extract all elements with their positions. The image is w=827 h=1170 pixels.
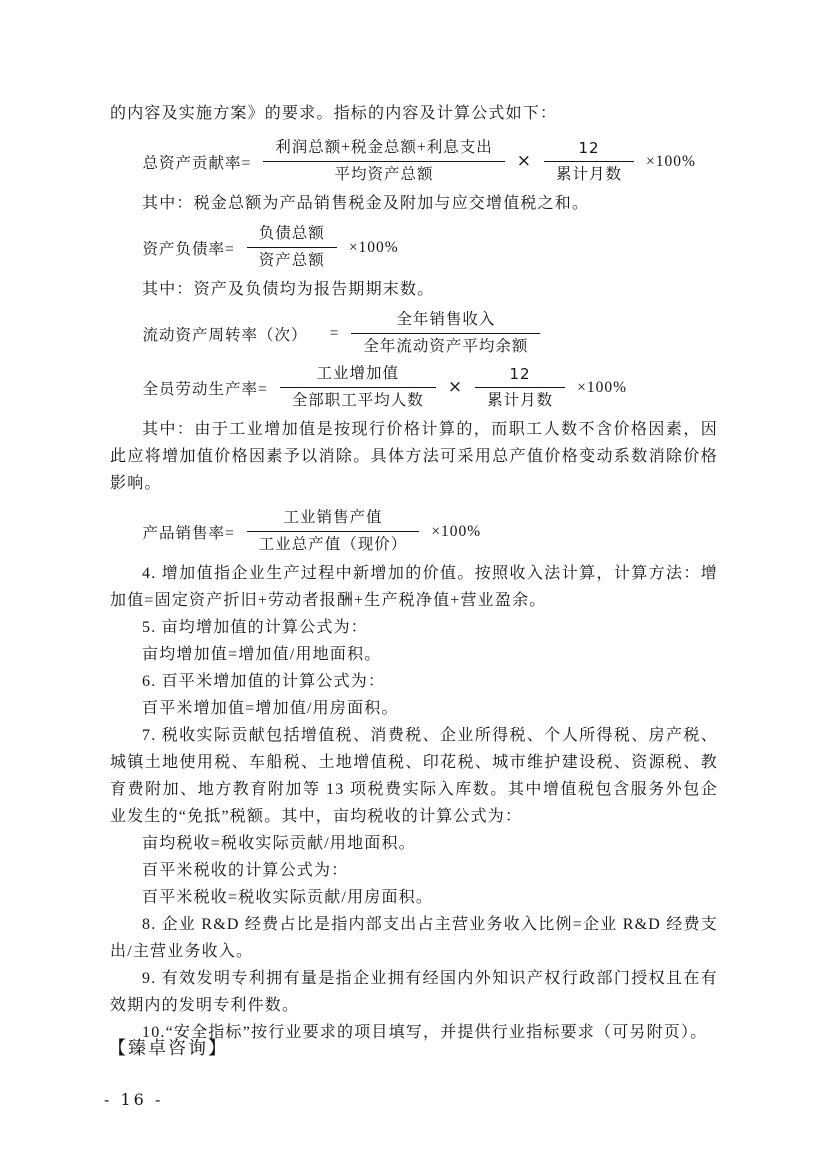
percent-suffix: ×100% bbox=[349, 239, 399, 257]
formula-total-asset-contribution: 总资产贡献率= 利润总额+税金总额+利息支出 平均资产总额 × 12 累计月数 … bbox=[143, 138, 718, 185]
fraction-denominator: 工业总产值（现价） bbox=[247, 535, 420, 555]
formula-label: 全员劳动生产率= bbox=[143, 377, 268, 399]
multiply-sign: × bbox=[448, 379, 463, 396]
fraction-denominator: 资产总额 bbox=[247, 251, 337, 271]
fraction-main: 工业增加值 全部职工平均人数 bbox=[280, 364, 436, 411]
fraction-denominator: 累计月数 bbox=[475, 391, 565, 411]
fraction-numerator: 12 bbox=[566, 138, 611, 158]
equals-sign: = bbox=[330, 325, 340, 343]
percent-suffix: ×100% bbox=[646, 153, 696, 171]
paragraph-item-4: 4. 增加值指企业生产过程中新增加的价值。按照收入法计算，计算方法：增加值=固定… bbox=[110, 560, 718, 614]
fraction-bar bbox=[475, 387, 565, 388]
footer-brand: 【臻卓咨询】 bbox=[108, 1034, 228, 1060]
fraction-numerator: 利润总额+税金总额+利息支出 bbox=[263, 138, 504, 158]
percent-suffix: ×100% bbox=[577, 379, 627, 397]
percent-suffix: ×100% bbox=[431, 523, 481, 541]
formula-current-asset-turnover: 流动资产周转率（次） = 全年销售收入 全年流动资产平均余额 bbox=[143, 310, 718, 357]
fraction-bar bbox=[247, 531, 420, 532]
item-7-formula-per-mu: 亩均税收=税收实际贡献/用地面积。 bbox=[110, 830, 718, 857]
fraction-bar bbox=[544, 161, 634, 162]
formula-label: 总资产贡献率= bbox=[143, 151, 252, 173]
item-5-title: 5. 亩均增加值的计算公式为： bbox=[110, 614, 718, 641]
paragraph-item-8: 8. 企业 R&D 经费占比是指内部支出占主营业务收入比例=企业 R&D 经费支… bbox=[110, 911, 718, 965]
fraction-numerator: 全年销售收入 bbox=[384, 310, 507, 330]
fraction-bar bbox=[280, 387, 436, 388]
fraction-main: 全年销售收入 全年流动资产平均余额 bbox=[351, 310, 540, 357]
paragraph-item-7: 7. 税收实际贡献包括增值税、消费税、企业所得税、个人所得税、房产税、城镇土地使… bbox=[110, 722, 718, 830]
fraction-bar bbox=[351, 333, 540, 334]
fraction-numerator: 工业销售产值 bbox=[272, 508, 395, 528]
fraction-denominator: 全年流动资产平均余额 bbox=[351, 337, 540, 357]
document-page: 的内容及实施方案》的要求。指标的内容及计算公式如下： 总资产贡献率= 利润总额+… bbox=[0, 0, 827, 1170]
multiply-sign: × bbox=[517, 153, 532, 170]
note-tax-total: 其中：税金总额为产品销售税金及附加与应交增值税之和。 bbox=[110, 190, 718, 217]
note-assets-liabilities: 其中：资产及负债均为报告期期末数。 bbox=[110, 276, 718, 303]
item-7-formula-per-sqm: 百平米税收=税收实际贡献/用房面积。 bbox=[110, 884, 718, 911]
page-number: - 16 - bbox=[104, 1090, 163, 1109]
fraction-bar bbox=[247, 247, 337, 248]
fraction-main: 工业销售产值 工业总产值（现价） bbox=[247, 508, 420, 555]
fraction-main: 负债总额 资产总额 bbox=[247, 224, 337, 271]
item-6-title: 6. 百平米增加值的计算公式为： bbox=[110, 668, 718, 695]
item-7-subtitle: 百平米税收的计算公式为： bbox=[110, 857, 718, 884]
fraction-denominator: 全部职工平均人数 bbox=[280, 391, 436, 411]
paragraph-item-9: 9. 有效发明专利拥有量是指企业拥有经国内外知识产权行政部门授权且在有效期内的发… bbox=[110, 965, 718, 1019]
fraction-bar bbox=[263, 161, 504, 162]
note-industrial-value-added: 其中：由于工业增加值是按现行价格计算的，而职工人数不含价格因素，因此应将增加值价… bbox=[110, 416, 718, 497]
fraction-numerator: 工业增加值 bbox=[305, 364, 412, 384]
formula-label: 流动资产周转率（次） bbox=[143, 323, 308, 345]
formula-product-sales-rate: 产品销售率= 工业销售产值 工业总产值（现价） ×100% bbox=[143, 508, 718, 555]
fraction-months: 12 累计月数 bbox=[544, 138, 634, 185]
item-6-formula: 百平米增加值=增加值/用房面积。 bbox=[110, 695, 718, 722]
fraction-months: 12 累计月数 bbox=[475, 364, 565, 411]
formula-label: 资产负债率= bbox=[143, 237, 235, 259]
fraction-denominator: 平均资产总额 bbox=[323, 165, 446, 185]
formula-label: 产品销售率= bbox=[143, 521, 235, 543]
formula-labor-productivity: 全员劳动生产率= 工业增加值 全部职工平均人数 × 12 累计月数 ×100% bbox=[143, 364, 718, 411]
fraction-numerator: 12 bbox=[498, 364, 543, 384]
formula-asset-liability-ratio: 资产负债率= 负债总额 资产总额 ×100% bbox=[143, 224, 718, 271]
item-5-formula: 亩均增加值=增加值/用地面积。 bbox=[110, 641, 718, 668]
fraction-numerator: 负债总额 bbox=[247, 224, 337, 244]
fraction-denominator: 累计月数 bbox=[544, 165, 634, 185]
fraction-main: 利润总额+税金总额+利息支出 平均资产总额 bbox=[263, 138, 504, 185]
intro-text: 的内容及实施方案》的要求。指标的内容及计算公式如下： bbox=[110, 100, 718, 127]
